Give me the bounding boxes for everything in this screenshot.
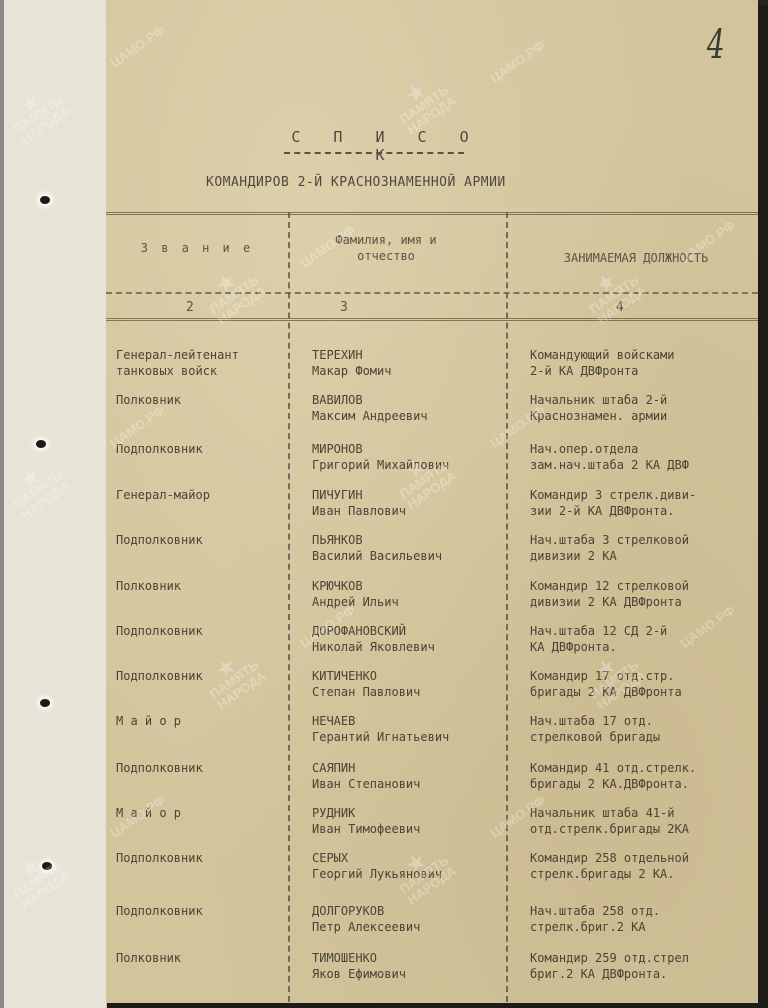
rank-cell: Подполковник: [116, 903, 296, 919]
name-cell: СЕРЫХГеоргий Лукьянович: [312, 850, 512, 882]
name-cell: ПЬЯНКОВВасилий Васильевич: [312, 532, 512, 564]
position-cell: Командующий войсками2-й КА ДВФронта: [530, 347, 758, 379]
column-header-name: Фамилия, имя и отчество: [306, 232, 466, 264]
name-cell: НЕЧАЕВГерантий Игнатьевич: [312, 713, 512, 745]
punch-hole: [40, 699, 50, 707]
rank-cell: Полковник: [116, 392, 296, 408]
name-cell: КИТИЧЕНКОСтепан Павлович: [312, 668, 512, 700]
table-row: Генерал-лейтенанттанковых войск ТЕРЕХИНМ…: [106, 347, 758, 393]
star-icon: ★: [4, 82, 57, 125]
name-cell: ТЕРЕХИНМакар Фомич: [312, 347, 512, 379]
name-cell: ДОРОФАНОВСКИЙНиколай Яковлевич: [312, 623, 512, 655]
position-cell: Командир 258 отдельнойстрелк.бригады 2 К…: [530, 850, 758, 882]
position-cell: Командир 12 стрелковойдивизии 2 КА ДВФро…: [530, 578, 758, 610]
punch-hole: [36, 440, 46, 448]
rank-cell: Подполковник: [116, 668, 296, 684]
position-cell: Командир 259 отд.стрелбриг.2 КА ДВФронта…: [530, 950, 758, 982]
table-row: Подполковник СЕРЫХГеоргий Лукьянович Ком…: [106, 850, 758, 896]
position-cell: Начальник штаба 41-йотд.стрелк.бригады 2…: [530, 805, 758, 837]
column-number: 2: [186, 300, 194, 315]
table-row: Подполковник САЯПИНИван Степанович Коман…: [106, 760, 758, 806]
name-cell: КРЮЧКОВАндрей Ильич: [312, 578, 512, 610]
watermark-pamyat-naroda: ★ ПАМЯТЬ НАРОДА: [4, 82, 72, 146]
binding-strip: ★ ПАМЯТЬ НАРОДА ★ ПАМЯТЬ НАРОДА ★ ПАМЯТЬ…: [0, 0, 107, 1008]
punch-hole: [42, 862, 52, 870]
column-number: 4: [616, 300, 624, 315]
header-divider-rule: [106, 292, 758, 294]
rank-cell: М а й о р: [116, 805, 296, 821]
scan-left-edge: [0, 0, 4, 1008]
watermark-tsamo: ЦАМО.РФ: [108, 23, 167, 70]
position-cell: Нач.штаба 258 отд.стрелк.бриг.2 КА: [530, 903, 758, 935]
rank-cell: Подполковник: [116, 441, 296, 457]
table-row: Подполковник КИТИЧЕНКОСтепан Павлович Ко…: [106, 668, 758, 714]
position-cell: Нач.опер.отделазам.нач.штаба 2 КА ДВФ: [530, 441, 758, 473]
header-bottom-rule: [106, 318, 758, 321]
table-row: М а й о р РУДНИКИван Тимофеевич Начальни…: [106, 805, 758, 851]
table-top-rule: [106, 212, 758, 215]
star-icon: ★: [390, 72, 443, 115]
table-row: Полковник ВАВИЛОВМаксим Андреевич Началь…: [106, 392, 758, 438]
rank-cell: Полковник: [116, 578, 296, 594]
name-cell: ДОЛГОРУКОВПетр Алексеевич: [312, 903, 512, 935]
star-icon: ★: [200, 262, 253, 305]
watermark-pamyat-naroda: ★ ПАМЯТЬ НАРОДА: [580, 262, 648, 326]
table-row: Подполковник ДОРОФАНОВСКИЙНиколай Яковле…: [106, 623, 758, 669]
name-cell: ВАВИЛОВМаксим Андреевич: [312, 392, 512, 424]
position-cell: Начальник штаба 2-йКраснознамен. армии: [530, 392, 758, 424]
star-icon: ★: [580, 262, 633, 305]
position-cell: Нач.штаба 17 отд.стрелковой бригады: [530, 713, 758, 745]
table-row: Полковник ТИМОШЕНКОЯков Ефимович Команди…: [106, 950, 758, 996]
rank-cell: Полковник: [116, 950, 296, 966]
rank-cell: Подполковник: [116, 760, 296, 776]
name-cell: МИРОНОВГригорий Михайлович: [312, 441, 512, 473]
position-cell: Командир 17 отд.стр.бригады 2 КА ДВФронт…: [530, 668, 758, 700]
column-number: 3: [340, 300, 348, 315]
rank-cell: Подполковник: [116, 623, 296, 639]
column-header-rank: З в а н и е: [106, 240, 288, 256]
watermark-pamyat-naroda: ★ ПАМЯТЬ НАРОДА: [4, 457, 72, 521]
position-cell: Нач.штаба 12 СД 2-йКА ДВФронта.: [530, 623, 758, 655]
name-cell: САЯПИНИван Степанович: [312, 760, 512, 792]
rank-cell: Генерал-лейтенанттанковых войск: [116, 347, 296, 379]
title-underline: [284, 152, 464, 154]
watermark-pamyat-naroda: ★ ПАМЯТЬ НАРОДА: [390, 72, 458, 136]
position-cell: Командир 3 стрелк.диви-зии 2-й КА ДВФрон…: [530, 487, 758, 519]
document-page: 4 С П И С О К КОМАНДИРОВ 2-Й КРАСНОЗНАМЕ…: [106, 0, 758, 1003]
table-row: Генерал-майор ПИЧУГИНИван Павлович Коман…: [106, 487, 758, 533]
star-icon: ★: [4, 457, 57, 500]
watermark-tsamo: ЦАМО.РФ: [488, 38, 547, 85]
document-subtitle: КОМАНДИРОВ 2-Й КРАСНОЗНАМЕННОЙ АРМИИ: [206, 175, 506, 190]
table-row: М а й о р НЕЧАЕВГерантий Игнатьевич Нач.…: [106, 713, 758, 759]
watermark-pamyat-naroda: ★ ПАМЯТЬ НАРОДА: [200, 262, 268, 326]
table-row: Подполковник ПЬЯНКОВВасилий Васильевич Н…: [106, 532, 758, 578]
rank-cell: Подполковник: [116, 532, 296, 548]
table-row: Полковник КРЮЧКОВАндрей Ильич Командир 1…: [106, 578, 758, 624]
name-cell: ПИЧУГИНИван Павлович: [312, 487, 512, 519]
position-cell: Нач.штаба 3 стрелковойдивизии 2 КА: [530, 532, 758, 564]
punch-hole: [40, 196, 50, 204]
rank-cell: Подполковник: [116, 850, 296, 866]
document-title: С П И С О К: [286, 128, 486, 164]
page-number-handwritten: 4: [707, 22, 725, 68]
table-row: Подполковник ДОЛГОРУКОВПетр Алексеевич Н…: [106, 903, 758, 949]
name-cell: ТИМОШЕНКОЯков Ефимович: [312, 950, 512, 982]
table-row: Подполковник МИРОНОВГригорий Михайлович …: [106, 441, 758, 487]
position-cell: Командир 41 отд.стрелк.бригады 2 КА.ДВФр…: [530, 760, 758, 792]
column-header-position: ЗАНИМАЕМАЯ ДОЛЖНОСТЬ: [516, 250, 756, 266]
name-cell: РУДНИКИван Тимофеевич: [312, 805, 512, 837]
rank-cell: Генерал-майор: [116, 487, 296, 503]
rank-cell: М а й о р: [116, 713, 296, 729]
watermark-pamyat-naroda: ★ ПАМЯТЬ НАРОДА: [4, 847, 72, 911]
